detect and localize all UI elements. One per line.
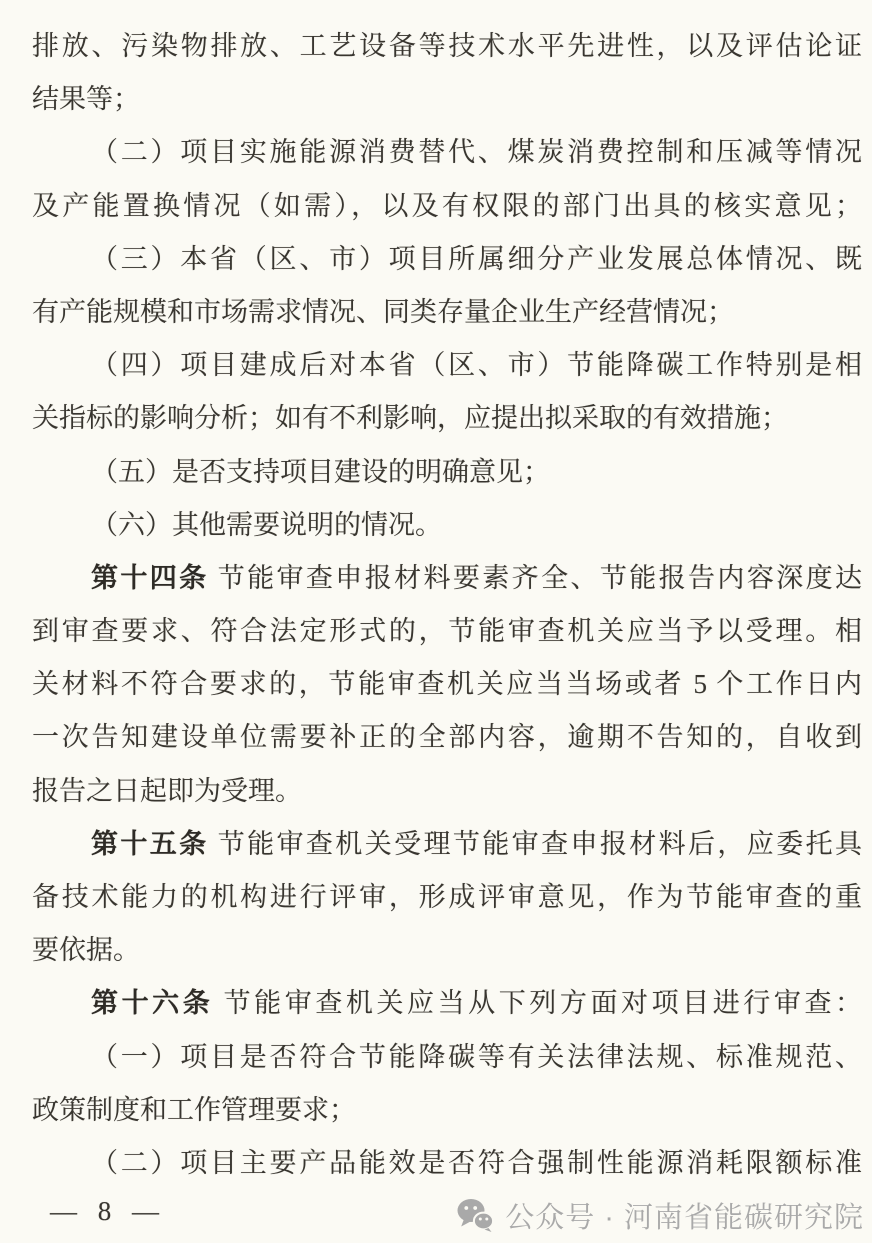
text-line: （六）其他需要说明的情况。 bbox=[32, 499, 862, 552]
text-line: 排放、污染物排放、工艺设备等技术水平先进性，以及评估论证 bbox=[32, 20, 862, 73]
article-text: 节能审查机关受理节能审查申报材料后，应委托具 bbox=[218, 829, 862, 859]
article-text: 节能审查申报材料要素齐全、节能报告内容深度达 bbox=[218, 563, 862, 593]
article-line: 第十五条 节能审查机关受理节能审查申报材料后，应委托具 bbox=[32, 818, 862, 871]
text-line: 关材料不符合要求的，节能审查机关应当当场或者 5 个工作日内 bbox=[32, 658, 862, 711]
text-line: 关指标的影响分析；如有不利影响，应提出拟采取的有效措施； bbox=[32, 392, 862, 445]
scanned-document-page: { "page": { "background_color": "#fbfaf4… bbox=[0, 0, 872, 1243]
text-line: 及产能置换情况（如需），以及有权限的部门出具的核实意见； bbox=[32, 180, 862, 233]
article-line: 第十四条 节能审查申报材料要素齐全、节能报告内容深度达 bbox=[32, 552, 862, 605]
document-lines: 排放、污染物排放、工艺设备等技术水平先进性，以及评估论证结果等；（二）项目实施能… bbox=[32, 20, 862, 1190]
wechat-icon bbox=[457, 1198, 493, 1232]
text-line: 一次告知建设单位需要补正的全部内容，逾期不告知的，自收到 bbox=[32, 711, 862, 764]
text-line: 备技术能力的机构进行评审，形成评审意见，作为节能审查的重 bbox=[32, 871, 862, 924]
article-text: 节能审查机关应当从下列方面对项目进行审查： bbox=[224, 988, 862, 1018]
text-line: 有产能规模和市场需求情况、同类存量企业生产经营情况； bbox=[32, 286, 862, 339]
article-line: 第十六条 节能审查机关应当从下列方面对项目进行审查： bbox=[32, 977, 862, 1030]
text-line: 结果等； bbox=[32, 73, 862, 126]
watermark: 公众号 · 河南省能碳研究院 bbox=[457, 1194, 864, 1236]
watermark-text: 公众号 · 河南省能碳研究院 bbox=[505, 1195, 864, 1236]
text-line: 报告之日起即为受理。 bbox=[32, 765, 862, 818]
document-body: 排放、污染物排放、工艺设备等技术水平先进性，以及评估论证结果等；（二）项目实施能… bbox=[32, 20, 862, 1190]
text-line: 要依据。 bbox=[32, 924, 862, 977]
page-number: — 8 — bbox=[50, 1196, 166, 1227]
article-number: 第十五条 bbox=[91, 829, 209, 859]
text-line: （四）项目建成后对本省（区、市）节能降碳工作特别是相 bbox=[32, 339, 862, 392]
text-line: 到审查要求、符合法定形式的，节能审查机关应当予以受理。相 bbox=[32, 605, 862, 658]
text-line: （五）是否支持项目建设的明确意见； bbox=[32, 446, 862, 499]
text-line: （一）项目是否符合节能降碳等有关法律法规、标准规范、 bbox=[32, 1031, 862, 1084]
text-line: （二）项目实施能源消费替代、煤炭消费控制和压减等情况 bbox=[32, 126, 862, 179]
text-line: （二）项目主要产品能效是否符合强制性能源消耗限额标准 bbox=[32, 1137, 862, 1190]
text-line: 政策制度和工作管理要求； bbox=[32, 1084, 862, 1137]
article-number: 第十四条 bbox=[91, 563, 209, 593]
text-line: （三）本省（区、市）项目所属细分产业发展总体情况、既 bbox=[32, 233, 862, 286]
article-number: 第十六条 bbox=[91, 988, 213, 1018]
